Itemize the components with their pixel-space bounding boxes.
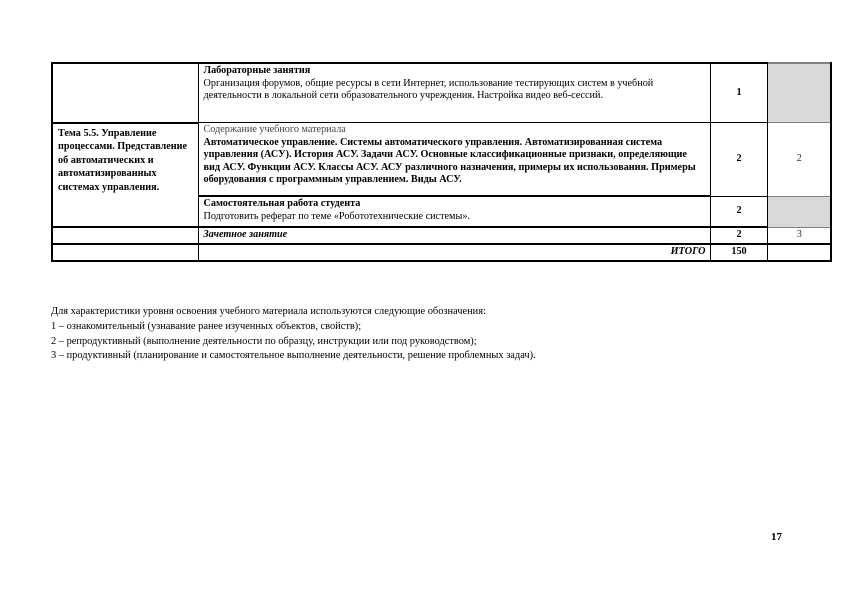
hours-cell-theme-5-5: 2 xyxy=(710,123,767,197)
section-heading-self-study: Самостоятельная работа студента xyxy=(204,198,706,211)
total-level-empty xyxy=(767,244,831,261)
table-row-total: ИТОГО 150 xyxy=(52,244,831,261)
section-heading-lab: Лабораторные занятия xyxy=(204,65,706,78)
level-cell-lab-shaded xyxy=(767,63,831,123)
content-cell-theme-5-5: Содержание учебного материала Автоматиче… xyxy=(198,123,710,197)
legend-intro: Для характеристики уровня освоения учебн… xyxy=(51,305,536,320)
level-cell-theme-5-5: 2 xyxy=(767,123,831,197)
hours-cell-self-study: 2 xyxy=(710,196,767,227)
level-legend: Для характеристики уровня освоения учебн… xyxy=(51,305,536,364)
legend-item-2: 2 – репродуктивный (выполнение деятельно… xyxy=(51,335,536,350)
theme-cell-empty xyxy=(52,63,198,123)
hours-cell-credit: 2 xyxy=(710,227,767,244)
curriculum-table: Лабораторные занятия Организация форумов… xyxy=(51,62,832,262)
legend-item-1: 1 – ознакомительный (узнавание ранее изу… xyxy=(51,320,536,335)
content-cell-lab: Лабораторные занятия Организация форумов… xyxy=(198,63,710,123)
content-description: Автоматическое управление. Системы автом… xyxy=(204,137,706,187)
total-label: ИТОГО xyxy=(198,244,710,261)
table-row-theme-5-5: Тема 5.5. Управление процессами. Предста… xyxy=(52,123,831,197)
level-cell-self-study-shaded xyxy=(767,196,831,227)
legend-item-3: 3 – продуктивный (планирование и самосто… xyxy=(51,349,536,364)
theme-cell-5-5: Тема 5.5. Управление процессами. Предста… xyxy=(52,123,198,228)
section-heading-content: Содержание учебного материала xyxy=(204,124,706,137)
content-cell-credit: Зачетное занятие xyxy=(198,227,710,244)
total-hours: 150 xyxy=(710,244,767,261)
content-cell-self-study: Самостоятельная работа студента Подготов… xyxy=(198,196,710,227)
lab-description: Организация форумов, общие ресурсы в сет… xyxy=(204,78,706,103)
level-cell-credit: 3 xyxy=(767,227,831,244)
table-row-lab: Лабораторные занятия Организация форумов… xyxy=(52,63,831,123)
page-number: 17 xyxy=(771,531,782,543)
self-study-description: Подготовить реферат по теме «Робототехни… xyxy=(204,211,706,224)
theme-cell-credit-empty xyxy=(52,227,198,244)
table-row-credit: Зачетное занятие 2 3 xyxy=(52,227,831,244)
theme-cell-total-empty xyxy=(52,244,198,261)
hours-cell-lab: 1 xyxy=(710,63,767,123)
